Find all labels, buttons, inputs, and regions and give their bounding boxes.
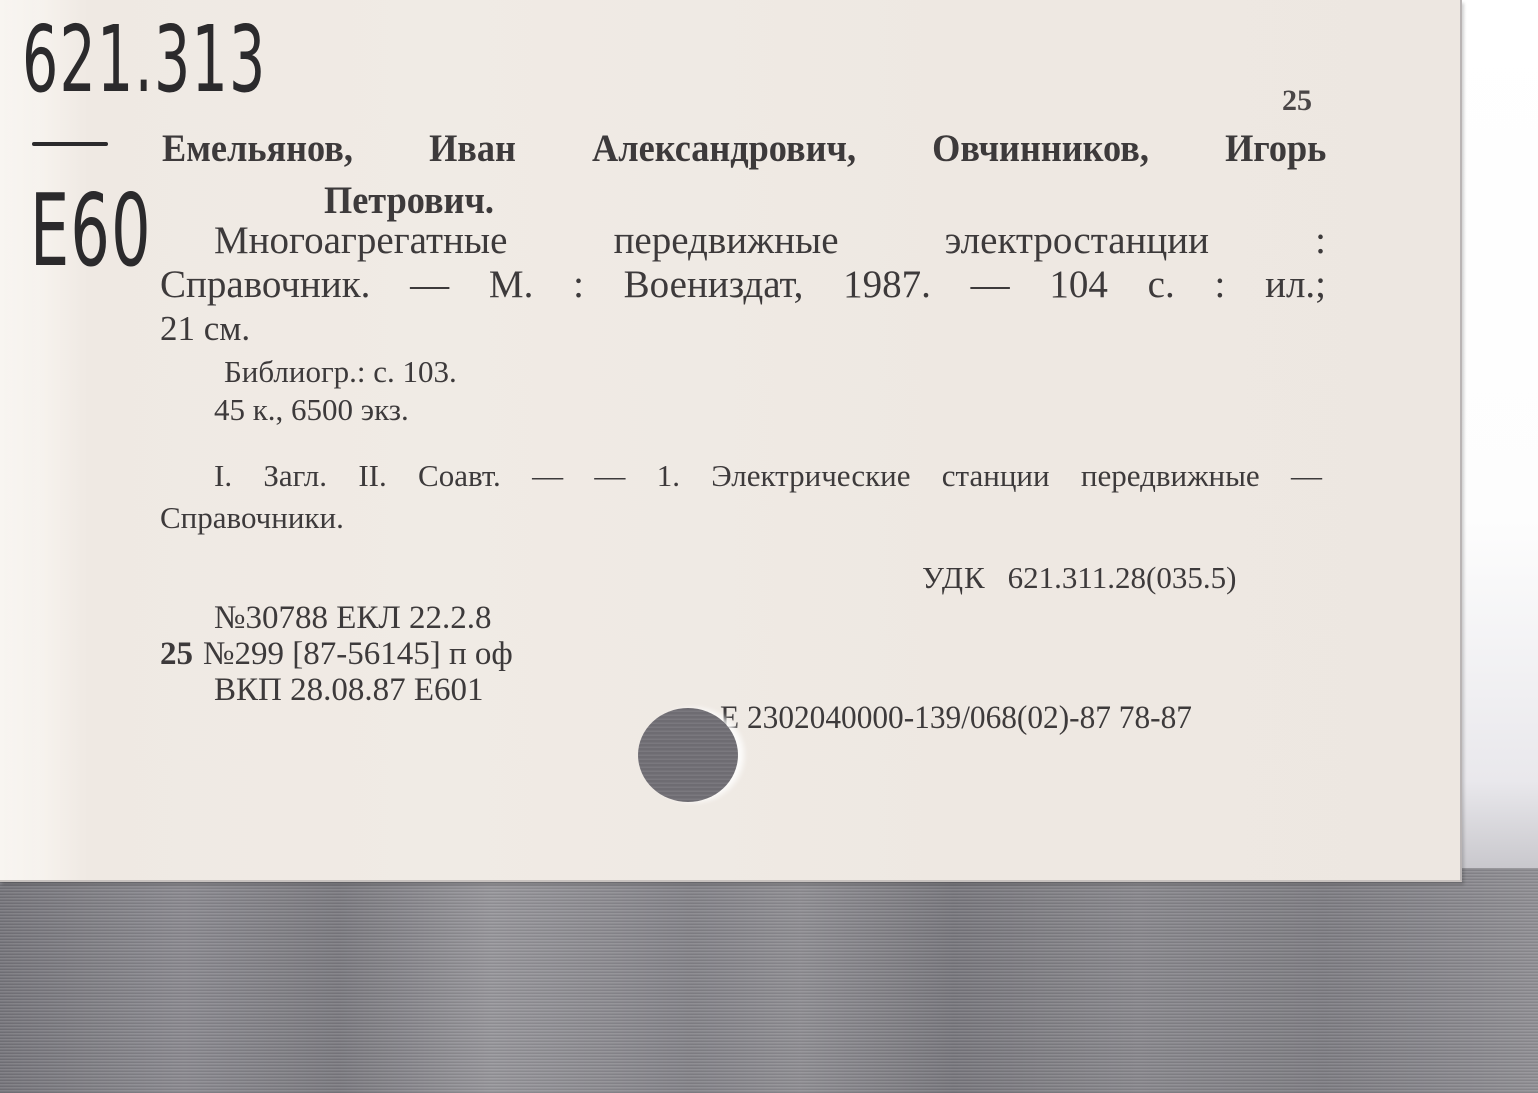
- udk-classification: УДК621.311.28(035.5): [922, 560, 1236, 596]
- title-line-3: 21 см.: [160, 309, 250, 349]
- scanner-margin: [1460, 0, 1538, 868]
- authors-heading-continued: Петрович.: [324, 178, 494, 223]
- handwritten-divider: [32, 142, 108, 146]
- authors-heading: Емельянов, Иван Александрович, Овчиннико…: [162, 126, 1326, 171]
- tracings-line-1: I. Загл. II. Соавт. — — 1. Электрические…: [214, 458, 1322, 494]
- udk-value: 621.311.28(035.5): [1008, 560, 1237, 595]
- title-line-1: Многоагрегатные передвижные электростанц…: [214, 218, 1326, 263]
- production-code-line-1: №30788 ЕКЛ 22.2.8: [214, 600, 492, 637]
- production-code-value: №299 [87-56145] п оф: [203, 636, 513, 672]
- production-code-line-2: 25№299 [87-56145] п оф: [160, 636, 513, 673]
- handwritten-author-mark: Е60: [30, 172, 152, 289]
- handwritten-classification: 621.313: [22, 6, 267, 113]
- title-line-2: Справочник. — М. : Воениздат, 1987. — 10…: [160, 262, 1326, 307]
- card-number: 25: [1282, 84, 1312, 118]
- bibliography-note: Библиогр.: с. 103.: [224, 354, 457, 390]
- catalog-card: 621.313 Е60 25 Емельянов, Иван Александр…: [0, 0, 1462, 882]
- publisher-code: Е 2302040000-139/068(02)-87 78-87: [720, 700, 1192, 737]
- scanner-background: [0, 868, 1538, 1093]
- tracings-line-2: Справочники.: [160, 500, 344, 536]
- price-print-run: 45 к., 6500 экз.: [214, 392, 409, 428]
- production-code-prefix: 25: [160, 636, 193, 672]
- card-punch-hole: [638, 708, 738, 802]
- production-code-line-3: ВКП 28.08.87 Е601: [214, 672, 484, 709]
- card-fold-shading: [0, 0, 48, 880]
- udk-label: УДК: [922, 560, 986, 595]
